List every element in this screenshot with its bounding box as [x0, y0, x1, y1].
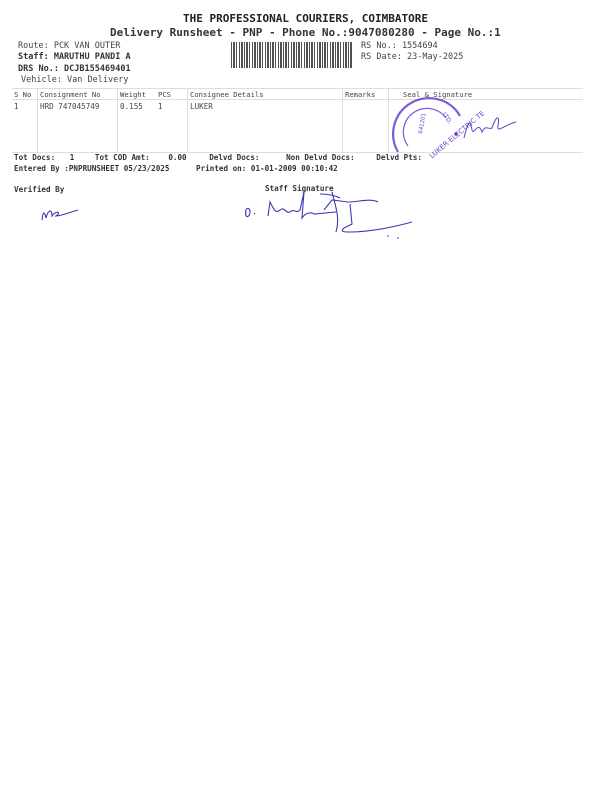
svg-text:641201: 641201 [418, 113, 428, 135]
svg-text:LTD.: LTD. [440, 111, 453, 126]
col-weight: Weight [118, 89, 157, 100]
cell-remarks [343, 100, 389, 153]
entered-by: Entered By :PNPRUNSHEET 05/23/2025 [14, 164, 169, 173]
tot-cod-label: Tot COD Amt: [95, 153, 150, 162]
rs-no: RS No.: 1554694 [361, 41, 438, 51]
table-header-row: S No Consignment No Weight PCS Consignee… [12, 89, 583, 100]
non-delvd-docs-label: Non Delvd Docs: [286, 153, 355, 162]
printed-on: Printed on: 01-01-2009 00:10:42 [196, 164, 338, 173]
company-title: THE PROFESSIONAL COURIERS, COIMBATORE [183, 12, 428, 25]
tot-docs-label: Tot Docs: [14, 153, 55, 162]
tot-cod-value: 0.00 [168, 153, 186, 162]
drs-no: DRS No.: DCJB155469401 [18, 64, 131, 74]
col-consignee: Consignee Details [188, 89, 343, 100]
barcode [231, 42, 353, 68]
verified-by-label: Verified By [14, 185, 64, 194]
col-pcs: PCS [156, 89, 188, 100]
totals-row: Tot Docs: 1 Tot COD Amt: 0.00 Delvd Docs… [14, 153, 422, 162]
cell-pcs: 1 [156, 100, 188, 153]
staff-signature-icon [240, 188, 420, 240]
col-remarks: Remarks [343, 89, 389, 100]
delvd-pts-label: Delvd Pts: [376, 153, 422, 162]
col-consignment-no: Consignment No [38, 89, 118, 100]
staff: Staff: MARUTHU PANDI A [18, 52, 131, 62]
tot-docs-value: 1 [70, 153, 75, 162]
route: Route: PCK VAN OUTER [18, 41, 120, 51]
vehicle: Vehicle: Van Delivery [21, 75, 128, 85]
runsheet-subtitle: Delivery Runsheet - PNP - Phone No.:9047… [110, 26, 501, 39]
cell-consignment-no: HRD 747045749 [38, 100, 118, 153]
verifier-initials-icon [40, 204, 80, 222]
cell-sno: 1 [12, 100, 38, 153]
delvd-docs-label: Delvd Docs: [209, 153, 259, 162]
rs-date: RS Date: 23-May-2025 [361, 52, 463, 62]
cell-weight: 0.155 [118, 100, 157, 153]
entered-by-row: Entered By :PNPRUNSHEET 05/23/2025 Print… [14, 164, 338, 173]
col-sno: S No [12, 89, 38, 100]
receiver-signature-icon [462, 112, 522, 142]
cell-consignee: LUKER [188, 100, 343, 153]
